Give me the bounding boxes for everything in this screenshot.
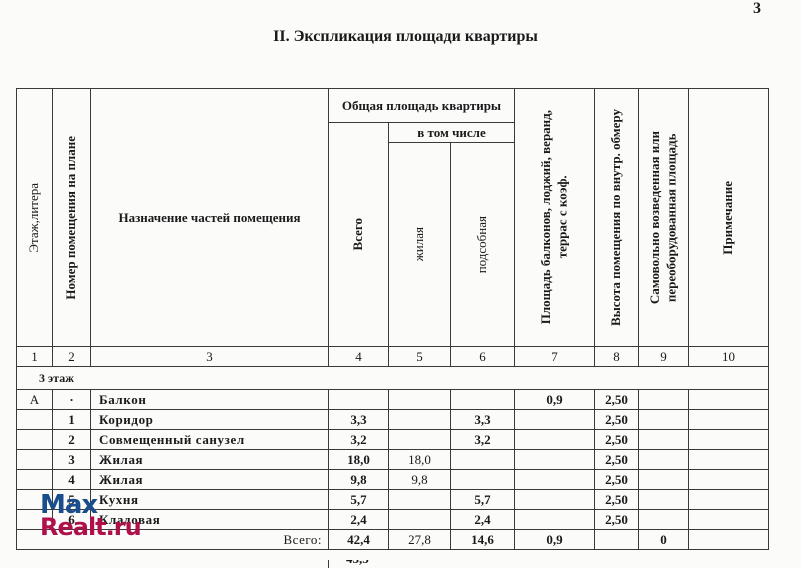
cell-litera (17, 470, 53, 490)
cell-living (389, 390, 451, 410)
cell-unauth (639, 450, 689, 470)
cell-total: 3,3 (329, 410, 389, 430)
col-num: 2 (53, 347, 91, 367)
col-num: 4 (329, 347, 389, 367)
cell-height: 2,50 (595, 510, 639, 530)
cell-balcony (515, 510, 595, 530)
cell-unauth (639, 390, 689, 410)
totals-total: 42,4 (329, 530, 389, 550)
header-living: жилая (389, 143, 451, 347)
col-num: 6 (451, 347, 515, 367)
cell-name: Совмещенный санузел (91, 430, 329, 450)
cell-num: 2 (53, 430, 91, 450)
cell-balcony: 0,9 (515, 390, 595, 410)
cell-name: Жилая (91, 470, 329, 490)
cell-unauth (639, 470, 689, 490)
cell-living (389, 490, 451, 510)
cell-num: 3 (53, 450, 91, 470)
cell-litera (17, 410, 53, 430)
col-num: 1 (17, 347, 53, 367)
cell-name: Жилая (91, 450, 329, 470)
cell-aux (451, 450, 515, 470)
cell-note (689, 450, 769, 470)
cell-name: Коридор (91, 410, 329, 430)
header-balcony-area: Площадь балконов, лоджий, веранд,террас … (515, 89, 595, 347)
cell-height: 2,50 (595, 390, 639, 410)
cell-note (689, 430, 769, 450)
cell-aux (451, 470, 515, 490)
totals-unauth: 0 (639, 530, 689, 550)
header-auxiliary: подсобная (451, 143, 515, 347)
cell-height: 2,50 (595, 470, 639, 490)
cell-unauth (639, 490, 689, 510)
partial-next-row: 43,3 (0, 560, 801, 568)
cell-height: 2,50 (595, 490, 639, 510)
table-row: 2Совмещенный санузел3,23,22,50 (17, 430, 769, 450)
cell-litera (17, 430, 53, 450)
cell-unauth (639, 510, 689, 530)
header-floor-litera: Этаж,литера (17, 89, 53, 347)
cell-note (689, 470, 769, 490)
cell-balcony (515, 430, 595, 450)
totals-living: 27,8 (389, 530, 451, 550)
cell-aux: 2,4 (451, 510, 515, 530)
cell-balcony (515, 410, 595, 430)
partial-value: 43,3 (346, 560, 369, 567)
floor-label: 3 этаж (17, 367, 769, 390)
document-title: II. Экспликация площади квартиры (0, 28, 801, 46)
explication-table: Этаж,литера Номер помещения на плане Наз… (16, 88, 769, 550)
cell-balcony (515, 490, 595, 510)
totals-balcony: 0,9 (515, 530, 595, 550)
table-row: 1Коридор3,33,32,50 (17, 410, 769, 430)
cell-living: 9,8 (389, 470, 451, 490)
header-room-number: Номер помещения на плане (53, 89, 91, 347)
col-num: 5 (389, 347, 451, 367)
watermark-logo: Max Realt.ru (40, 494, 141, 538)
col-num: 8 (595, 347, 639, 367)
cell-litera (17, 450, 53, 470)
cell-note (689, 410, 769, 430)
column-numbers-row: 1 2 3 4 5 6 7 8 9 10 (17, 347, 769, 367)
cell-aux: 5,7 (451, 490, 515, 510)
cell-balcony (515, 470, 595, 490)
cell-litera: А (17, 390, 53, 410)
header-room-purpose: Назначение частей помещения (91, 89, 329, 347)
header-including: в том числе (389, 123, 515, 143)
cell-note (689, 390, 769, 410)
cell-balcony (515, 450, 595, 470)
cell-note (689, 490, 769, 510)
cell-living (389, 410, 451, 430)
header-height: Высота помещения по внутр. обмеру (595, 89, 639, 347)
cell-aux: 3,3 (451, 410, 515, 430)
cell-num: 1 (53, 410, 91, 430)
watermark-line2: Realt.ru (40, 516, 141, 538)
header-total: Всего (329, 123, 389, 347)
header-note: Примечание (689, 89, 769, 347)
cell-note (689, 510, 769, 530)
cell-living: 18,0 (389, 450, 451, 470)
cell-living (389, 430, 451, 450)
cell-height: 2,50 (595, 430, 639, 450)
col-num: 7 (515, 347, 595, 367)
table-row: 4Жилая9,89,82,50 (17, 470, 769, 490)
col-num: 10 (689, 347, 769, 367)
col-num: 9 (639, 347, 689, 367)
page-number: 3 (753, 0, 761, 18)
cell-total (329, 390, 389, 410)
cell-total: 9,8 (329, 470, 389, 490)
cell-total: 5,7 (329, 490, 389, 510)
col-num: 3 (91, 347, 329, 367)
cell-name: Балкон (91, 390, 329, 410)
cell-total: 18,0 (329, 450, 389, 470)
cell-unauth (639, 410, 689, 430)
cell-num: 4 (53, 470, 91, 490)
cell-height: 2,50 (595, 410, 639, 430)
cell-num: · (53, 390, 91, 410)
totals-height (595, 530, 639, 550)
table-row: А·Балкон0,92,50 (17, 390, 769, 410)
cell-height: 2,50 (595, 450, 639, 470)
header-unauthorized: Самовольно возведенная илипереоборудован… (639, 89, 689, 347)
totals-note (689, 530, 769, 550)
table-row: 3Жилая18,018,02,50 (17, 450, 769, 470)
totals-aux: 14,6 (451, 530, 515, 550)
cell-aux: 3,2 (451, 430, 515, 450)
cell-total: 2,4 (329, 510, 389, 530)
cell-aux (451, 390, 515, 410)
cell-living (389, 510, 451, 530)
cell-total: 3,2 (329, 430, 389, 450)
cell-unauth (639, 430, 689, 450)
header-total-area-group: Общая площадь квартиры (329, 89, 515, 123)
